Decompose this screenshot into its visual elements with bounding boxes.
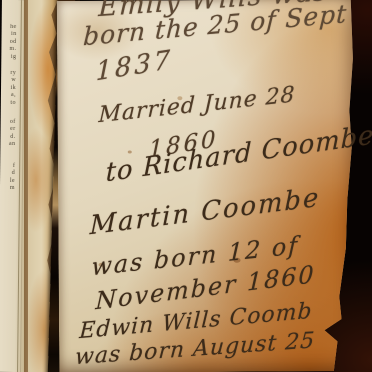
printed-fragment: in [2, 31, 17, 39]
book-photograph: he in od m. ig ry w ik a, to of er d. an… [0, 0, 372, 372]
printed-fragment: le [0, 177, 15, 185]
printed-fragment: d [0, 170, 15, 178]
printed-fragment: w [1, 77, 16, 85]
printed-text-fragments: he in od m. ig ry w ik a, to of er d. an… [0, 24, 17, 192]
printed-fragment: ry [1, 70, 16, 78]
printed-fragment: he [2, 24, 17, 32]
printed-fragment: ik [1, 85, 16, 93]
printed-fragment: f [0, 163, 15, 171]
printed-fragment: m [0, 185, 15, 193]
printed-fragment: an [0, 141, 15, 149]
printed-fragment: m. [1, 46, 16, 54]
printed-fragment: d. [0, 134, 15, 142]
foxing-spot [128, 151, 132, 154]
column-rule [17, 0, 22, 372]
printed-fragment: a, [1, 92, 16, 100]
printed-fragment: er [1, 126, 16, 134]
printed-fragment: od [1, 39, 16, 47]
printed-fragment: to [1, 100, 16, 108]
printed-fragment: of [1, 119, 16, 127]
printed-fragment: ig [1, 53, 16, 61]
